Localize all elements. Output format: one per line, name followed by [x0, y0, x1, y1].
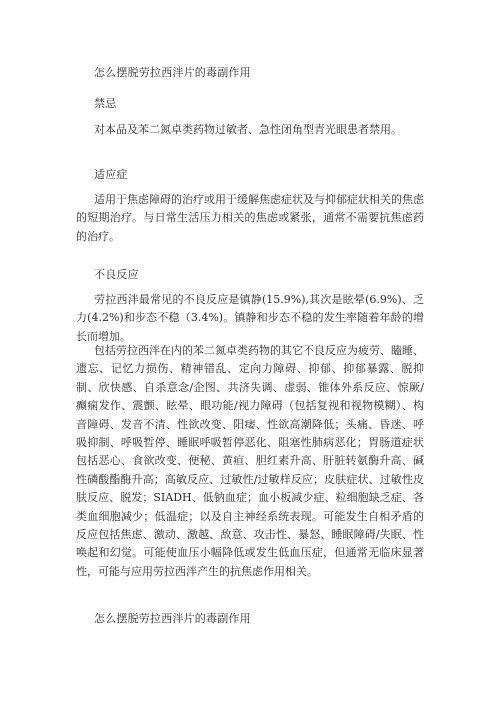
paragraph-adverse-common: 劳拉西泮最常见的不良反应是镇静(15.9%),其次是眩晕(6.9%)、乏力(4.…: [76, 291, 424, 346]
paragraph-adverse-other: 包括劳拉西泮在内的苯二氮卓类药物的其它不良反应为疲劳、瞌睡、遗忘、记忆力损伤、精…: [76, 342, 424, 581]
section-heading-contraindications: 禁忌: [94, 97, 116, 111]
section-heading-adverse-reactions: 不良反应: [94, 268, 139, 282]
document-page: 怎么摆脱劳拉西泮片的毒副作用 禁忌 对本品及苯二氮卓类药物过敏者、急性闭角型青光…: [0, 0, 496, 702]
paragraph-contraindications: 对本品及苯二氮卓类药物过敏者、急性闭角型青光眼患者禁用。: [76, 121, 424, 139]
document-title-repeat: 怎么摆脱劳拉西泮片的毒副作用: [94, 612, 251, 626]
paragraph-text: 包括劳拉西泮在内的苯二氮卓类药物的其它不良反应为疲劳、瞌睡、遗忘、记忆力损伤、精…: [76, 344, 424, 578]
document-title: 怎么摆脱劳拉西泮片的毒副作用: [94, 66, 251, 80]
section-heading-indications: 适应症: [94, 168, 128, 182]
paragraph-text: 劳拉西泮最常见的不良反应是镇静(15.9%),其次是眩晕(6.9%)、乏力(4.…: [76, 293, 424, 343]
paragraph-text: 对本品及苯二氮卓类药物过敏者、急性闭角型青光眼患者禁用。: [94, 123, 402, 136]
paragraph-indications: 适用于焦虑障碍的治疗或用于缓解焦虑症状及与抑郁症状相关的焦虑的短期治疗。与日常生…: [76, 191, 424, 246]
paragraph-text: 适用于焦虑障碍的治疗或用于缓解焦虑症状及与抑郁症状相关的焦虑的短期治疗。与日常生…: [76, 193, 424, 243]
